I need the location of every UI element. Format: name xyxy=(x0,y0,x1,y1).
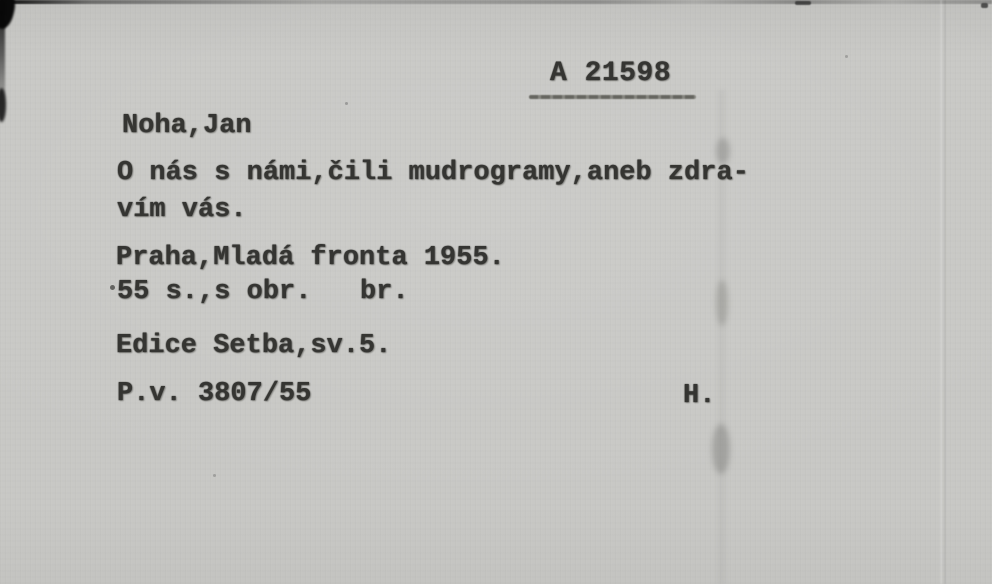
scan-artifact-left-edge xyxy=(0,0,5,125)
author-line: Noha,Jan xyxy=(122,110,252,142)
collation-line: 55 s.,s obr. br. xyxy=(117,276,409,308)
scan-artifact-left-edge-blob xyxy=(0,88,6,122)
catalog-number: A 21598 xyxy=(550,58,671,90)
imprint-line: Praha,Mladá fronta 1955. xyxy=(116,242,505,274)
scan-artifact-vertical-seam-light xyxy=(940,0,942,584)
scan-artifact-speck-1 xyxy=(345,102,348,105)
title-line-1: O nás s námi,čili mudrogramy,aneb zdra- xyxy=(117,157,749,189)
scan-artifact-smudge-lower xyxy=(712,424,730,474)
catalog-number-underline xyxy=(529,95,696,99)
catalog-card-scan: A 21598 Noha,Jan O nás s námi,čili mudro… xyxy=(0,0,992,584)
scan-artifact-top-edge xyxy=(0,0,992,4)
title-line-2: vím vás. xyxy=(117,194,247,226)
scan-artifact-top-speck xyxy=(795,1,811,5)
scan-artifact-speck-3 xyxy=(213,474,216,477)
scan-artifact-vertical-seam-dark xyxy=(944,0,946,584)
scan-artifact-ink-dot xyxy=(110,285,115,290)
series-line: Edice Setba,sv.5. xyxy=(116,330,391,362)
scan-artifact-top-right-speck xyxy=(981,3,988,8)
scan-artifact-speck-2 xyxy=(845,55,848,58)
scan-artifact-smudge-middle xyxy=(716,280,728,326)
scan-artifact-top-left-corner xyxy=(0,0,18,31)
record-number-line: P.v. 3807/55 xyxy=(117,378,311,410)
filing-initial: H. xyxy=(683,380,715,412)
